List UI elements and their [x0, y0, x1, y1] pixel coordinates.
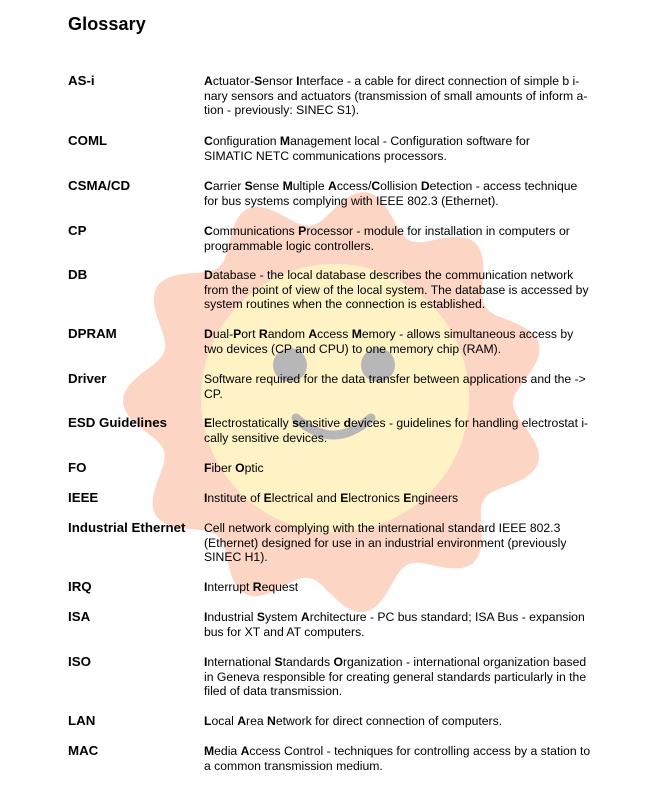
glossary-term: LAN [68, 713, 204, 728]
glossary-definition: Industrial System Architecture - PC bus … [204, 610, 604, 639]
glossary-term: ISO [68, 654, 204, 669]
glossary-definition: Configuration Management local - Configu… [204, 134, 604, 163]
glossary-definition: Electrostatically sensitive devices - gu… [204, 416, 604, 445]
glossary-definition: Actuator-Sensor Interface - a cable for … [204, 74, 604, 118]
glossary-term: ISA [68, 609, 204, 624]
glossary-term: Industrial Ethernet [68, 520, 204, 535]
glossary-term: IEEE [68, 490, 204, 505]
glossary-definition: Carrier Sense Multiple Access/Collision … [204, 179, 604, 208]
glossary-definition: Cell network complying with the internat… [204, 521, 604, 565]
glossary-term: MAC [68, 743, 204, 758]
glossary-definition: Local Area Network for direct connection… [204, 714, 604, 729]
glossary-term: DB [68, 267, 204, 282]
glossary-definition: Database - the local database describes … [204, 268, 604, 312]
glossary-term: CSMA/CD [68, 178, 204, 193]
glossary-definition: Communications Processor - module for in… [204, 224, 604, 253]
glossary-definition: Media Access Control - techniques for co… [204, 744, 604, 773]
glossary-definition: Interrupt Request [204, 580, 604, 595]
glossary-definition: Software required for the data transfer … [204, 372, 604, 401]
glossary-term: ESD Guidelines [68, 415, 204, 430]
page-title: Glossary [68, 14, 146, 35]
glossary-definition: Institute of Electrical and Electronics … [204, 491, 604, 506]
glossary-term: IRQ [68, 579, 204, 594]
glossary-term: CP [68, 223, 204, 238]
glossary-definition: Fiber Optic [204, 461, 604, 476]
glossary-term: AS-i [68, 73, 204, 88]
glossary-term: COML [68, 133, 204, 148]
glossary-definition: Dual-Port Random Access Memory - allows … [204, 327, 604, 356]
glossary-term: DPRAM [68, 326, 204, 341]
glossary-definition: International Standards Organization - i… [204, 655, 604, 699]
glossary-term: Driver [68, 371, 204, 386]
glossary-term: FO [68, 460, 204, 475]
